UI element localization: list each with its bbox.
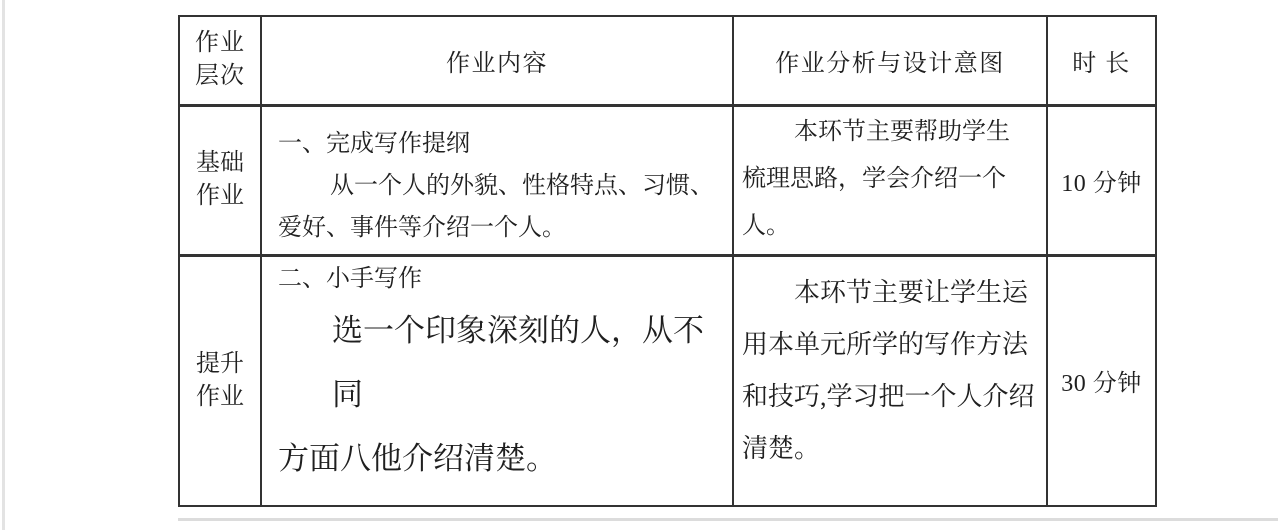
header-cell-analysis: 作业分析与设计意图 [733,16,1047,105]
text-line: 作业 [181,381,259,414]
assignment-design-table: 作业层次 作业内容 作业分析与设计意图 时 长 基础作业 一、完成写作提纲从一个… [178,15,1157,507]
text-line: 提升 [181,348,259,381]
text-line: 爱好、事件等介绍一个人。 [278,207,728,249]
text-line: 用本单元所学的写作方法 [742,319,1040,371]
text-line: 方面八他介绍清楚。 [278,427,732,491]
text-line: 基础 [181,147,259,180]
row2-duration-cell: 30 分钟 [1047,255,1156,506]
text-line: 作业 [181,180,259,213]
text-line: 一、完成写作提纲 [278,123,728,165]
text-line: 梳理思路，学会介绍一个 [742,156,1040,203]
text-line: 二、小手写作 [278,259,732,299]
text-line: 本环节主要让学生运 [742,267,1040,319]
header-cell-content: 作业内容 [261,16,733,105]
text-line: 清楚。 [742,423,1040,475]
row2-analysis-cell: 本环节主要让学生运用本单元所学的写作方法和技巧,学习把一个人介绍清楚。 [733,255,1047,506]
row1-duration-cell: 10 分钟 [1047,105,1156,255]
text-line: 作业 [181,27,259,60]
header-cell-level: 作业层次 [179,16,261,105]
text-line: 从一个人的外貌、性格特点、习惯、 [278,165,728,207]
screenshot-left-edge-artifact [2,0,5,530]
table-bottom-shadow-line [178,518,1278,521]
text-line: 本环节主要帮助学生 [742,109,1040,156]
table-row-raise-assignment: 提升作业 二、小手写作选一个印象深刻的人，从不同方面八他介绍清楚。 本环节主要让… [179,255,1156,506]
row2-level-cell: 提升作业 [179,255,261,506]
table-row-basic-assignment: 基础作业 一、完成写作提纲从一个人的外貌、性格特点、习惯、爱好、事件等介绍一个人… [179,105,1156,255]
header-cell-duration: 时 长 [1047,16,1156,105]
row1-level-cell: 基础作业 [179,105,261,255]
text-line: 人。 [742,203,1040,250]
text-line: 和技巧,学习把一个人介绍 [742,371,1040,423]
row1-content-cell: 一、完成写作提纲从一个人的外貌、性格特点、习惯、爱好、事件等介绍一个人。 [261,105,733,255]
row2-content-cell: 二、小手写作选一个印象深刻的人，从不同方面八他介绍清楚。 [261,255,733,506]
row1-analysis-cell: 本环节主要帮助学生梳理思路，学会介绍一个人。 [733,105,1047,255]
table-header-row: 作业层次 作业内容 作业分析与设计意图 时 长 [179,16,1156,105]
text-line: 选一个印象深刻的人，从不同 [278,299,732,427]
text-line: 层次 [181,60,259,93]
